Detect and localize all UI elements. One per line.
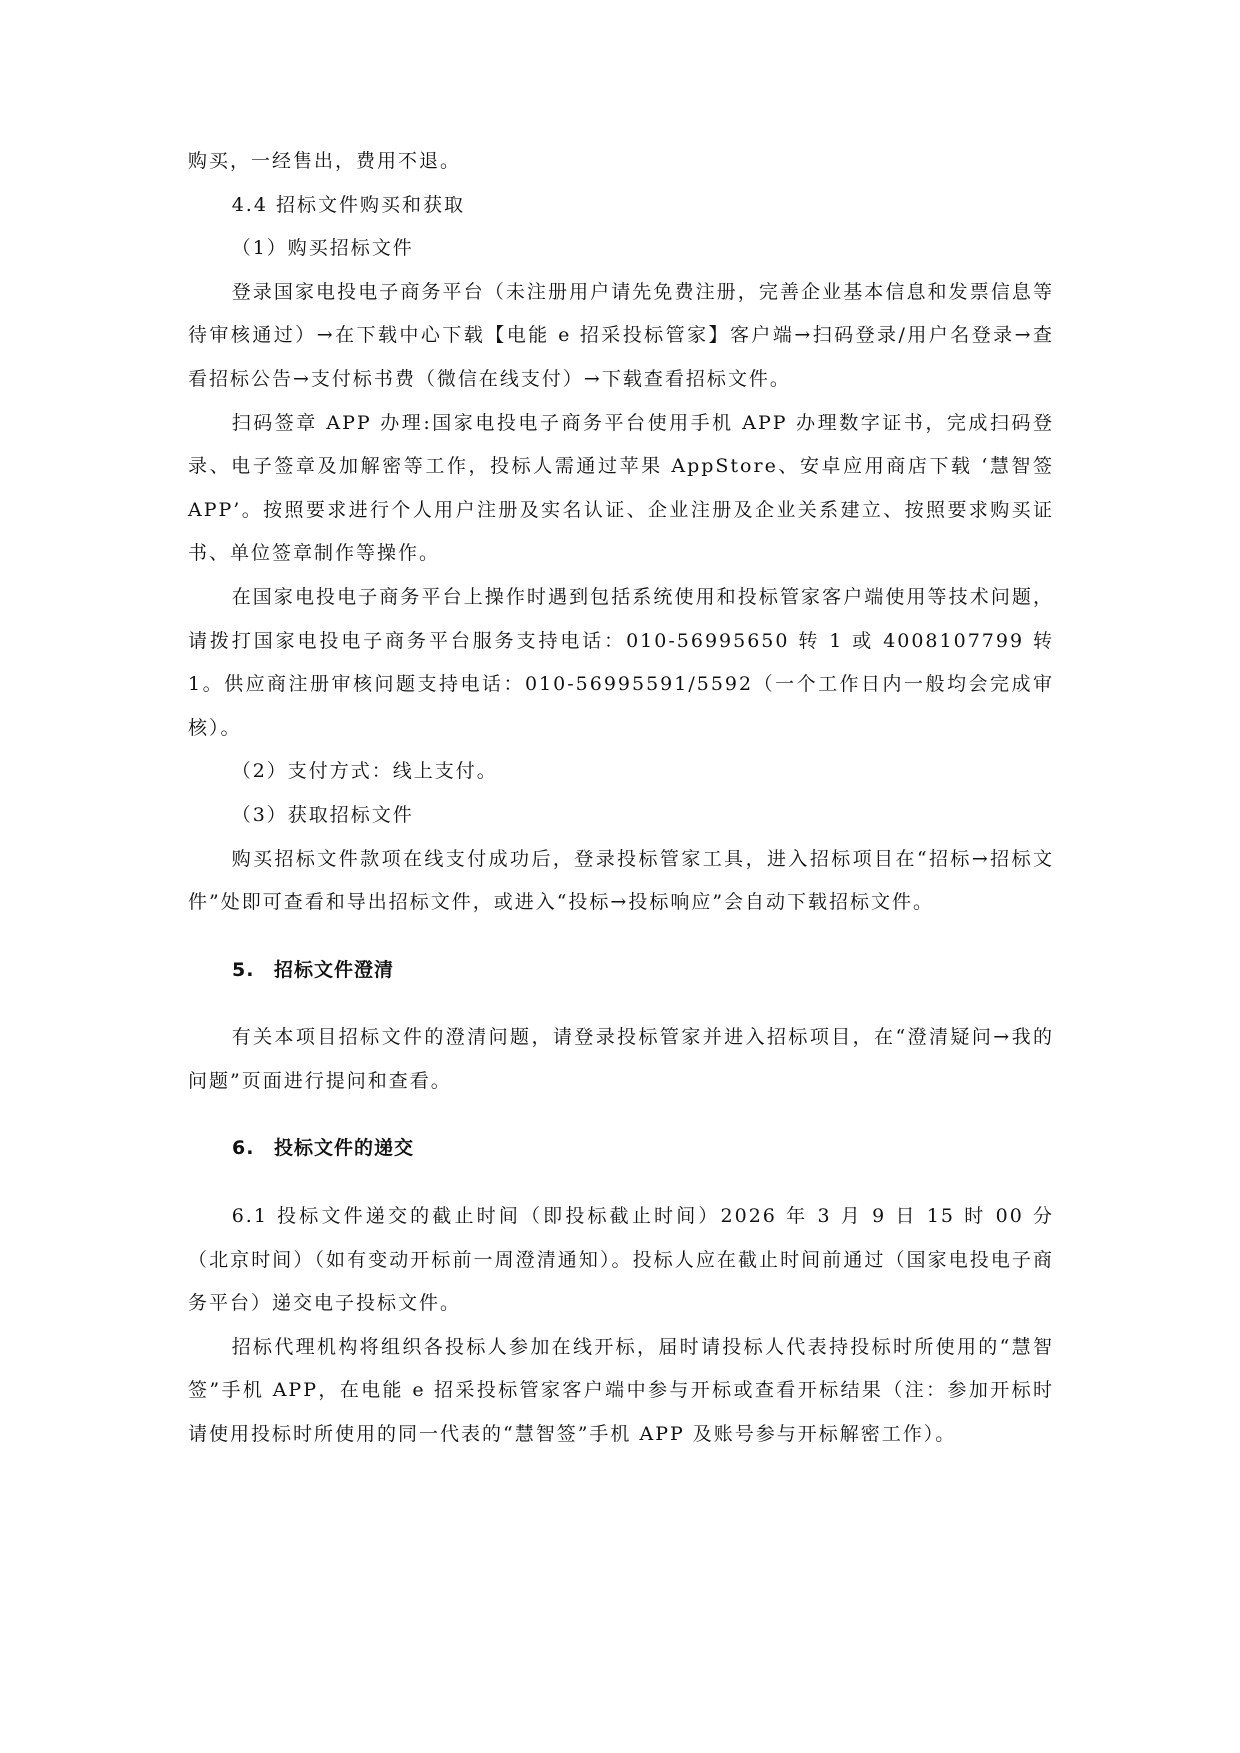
section-6-heading: 6.投标文件的递交 xyxy=(188,1127,1054,1171)
section-6-title: 投标文件的递交 xyxy=(274,1137,414,1159)
paragraph-login-steps: 登录国家电投电子商务平台（未注册用户请先免费注册，完善企业基本信息和发票信息等待… xyxy=(188,271,1054,402)
section-6-1-paragraph: 6.1 投标文件递交的截止时间（即投标截止时间）2026 年 3 月 9 日 1… xyxy=(188,1195,1054,1326)
subsection-4-4-title: 4.4 招标文件购买和获取 xyxy=(188,184,1054,228)
section-5-paragraph: 有关本项目招标文件的澄清问题，请登录投标管家并进入招标项目，在“澄清疑问→我的问… xyxy=(188,1016,1054,1103)
section-5-number: 5. xyxy=(232,949,274,993)
item-3-title: （3）获取招标文件 xyxy=(188,794,1054,838)
section-5-heading: 5.招标文件澄清 xyxy=(188,949,1054,993)
section-6-opening-paragraph: 招标代理机构将组织各投标人参加在线开标，届时请投标人代表持投标时所使用的“慧智签… xyxy=(188,1326,1054,1457)
paragraph-app-signature: 扫码签章 APP 办理:国家电投电子商务平台使用手机 APP 办理数字证书，完成… xyxy=(188,402,1054,576)
paragraph-obtain-documents: 购买招标文件款项在线支付成功后，登录投标管家工具，进入招标项目在“招标→招标文件… xyxy=(188,838,1054,925)
section-6-number: 6. xyxy=(232,1127,274,1171)
paragraph-refund-note: 购买，一经售出，费用不退。 xyxy=(188,140,1054,184)
section-5-title: 招标文件澄清 xyxy=(274,959,394,981)
document-page: 购买，一经售出，费用不退。 4.4 招标文件购买和获取 （1）购买招标文件 登录… xyxy=(188,140,1054,1457)
paragraph-support-phone: 在国家电投电子商务平台上操作时遇到包括系统使用和投标管家客户端使用等技术问题，请… xyxy=(188,576,1054,750)
item-2-payment: （2）支付方式：线上支付。 xyxy=(188,750,1054,794)
item-1-title: （1）购买招标文件 xyxy=(188,227,1054,271)
